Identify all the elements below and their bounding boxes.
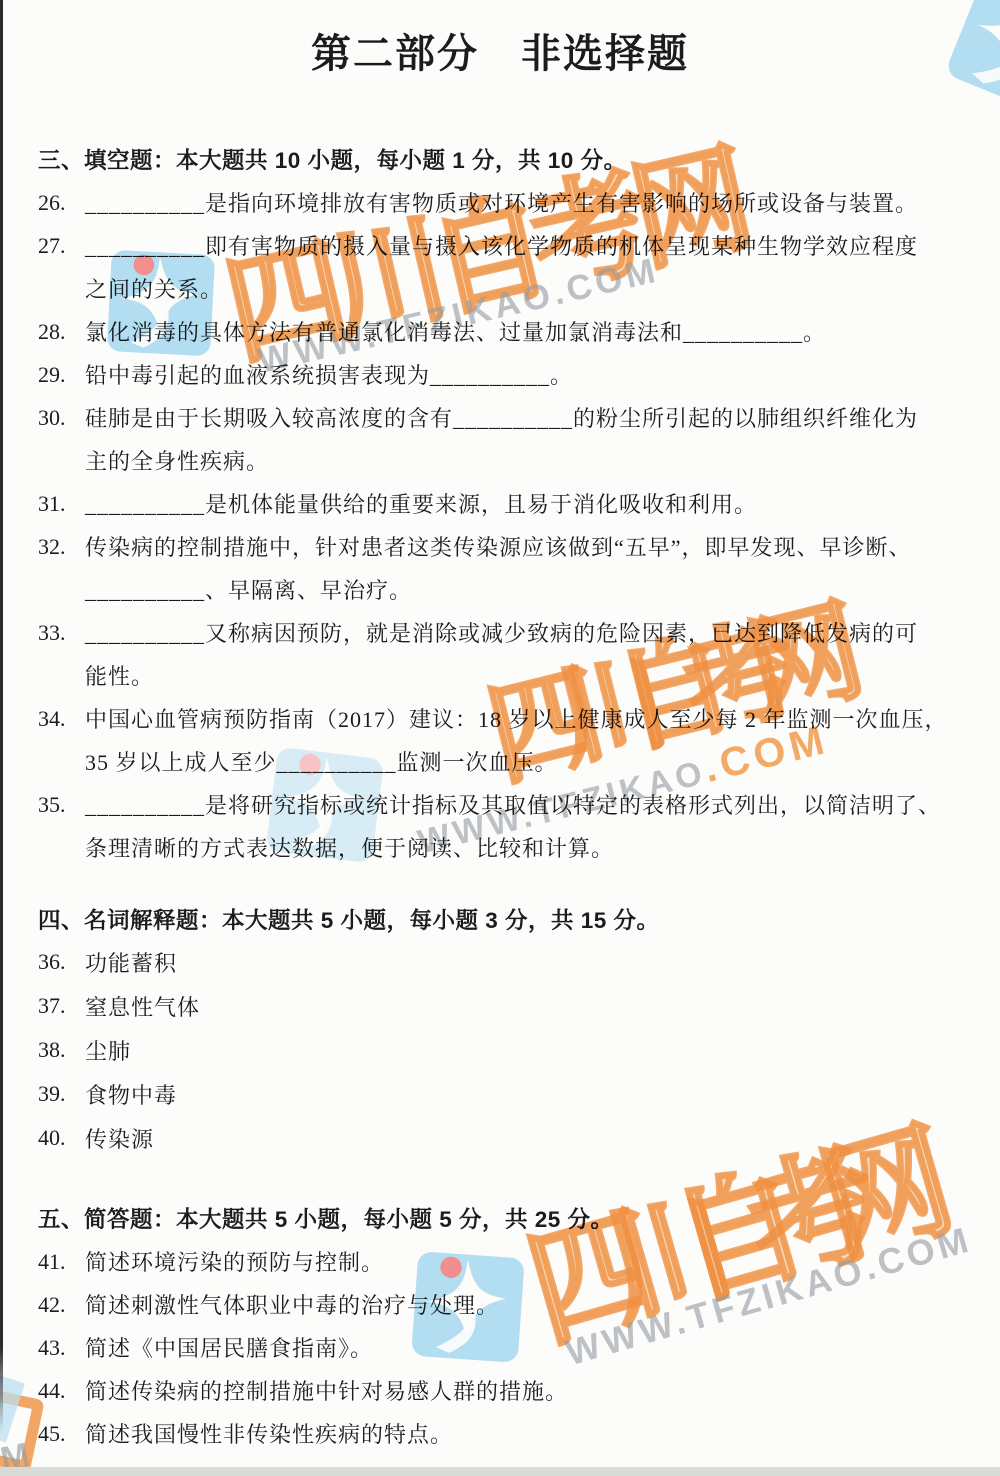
question-number: 34.	[38, 706, 85, 732]
question-text: 之间的关系。	[85, 273, 223, 304]
question-text: 功能蓄积	[85, 947, 177, 978]
question-text: 简述环境污染的预防与控制。	[85, 1246, 384, 1277]
question-line: 之间的关系。	[38, 267, 968, 310]
question-text: 条理清晰的方式表达数据，便于阅读、比较和计算。	[85, 832, 614, 863]
question-text: __________是机体能量供给的重要来源，且易于消化吸收和利用。	[85, 488, 757, 519]
question-number: 42.	[38, 1292, 85, 1318]
question-line: 29. 铅中毒引起的血液系统损害表现为__________。	[38, 353, 968, 396]
question-number: 28.	[38, 319, 85, 345]
question-line: 能性。	[38, 654, 968, 697]
question-number: 44.	[38, 1378, 85, 1404]
question-text: 简述我国慢性非传染性疾病的特点。	[85, 1418, 453, 1449]
question-line: 41. 简述环境污染的预防与控制。	[38, 1240, 968, 1283]
question-text: 食物中毒	[85, 1079, 177, 1110]
question-number: 43.	[38, 1335, 85, 1361]
question-text: __________又称病因预防，就是消除或减少致病的危险因素，已达到降低发病的…	[85, 617, 918, 648]
question-list: 41. 简述环境污染的预防与控制。 42. 简述刺激性气体职业中毒的治疗与处理。…	[38, 1240, 968, 1455]
question-text: 硅肺是由于长期吸入较高浓度的含有__________的粉尘所引起的以肺组织纤维化…	[85, 402, 918, 433]
question-text: __________是将研究指标或统计指标及其取值以特定的表格形式列出，以简洁明…	[85, 789, 941, 820]
question-text: 中国心血管病预防指南（2017）建议：18 岁以上健康成人至少每 2 年监测一次…	[85, 703, 948, 734]
question-line: 40. 传染源	[38, 1116, 968, 1160]
question-text: 尘肺	[85, 1035, 131, 1066]
question-text: __________是指向环境排放有害物质或对环境产生有害影响的场所或设备与装置…	[85, 187, 918, 218]
section-heading: 四、名词解释题：本大题共 5 小题，每小题 3 分，共 15 分。	[38, 897, 968, 940]
question-text: 简述传染病的控制措施中针对易感人群的措施。	[85, 1375, 568, 1406]
question-text: 简述《中国居民膳食指南》。	[85, 1332, 373, 1363]
question-line: 主的全身性疾病。	[38, 439, 968, 482]
question-line: 32. 传染病的控制措施中，针对患者这类传染源应该做到“五早”，即早发现、早诊断…	[38, 525, 968, 568]
question-text: 铅中毒引起的血液系统损害表现为__________。	[85, 359, 573, 390]
question-line: 37. 窒息性气体	[38, 984, 968, 1028]
exam-section: 四、名词解释题：本大题共 5 小题，每小题 3 分，共 15 分。 36. 功能…	[38, 897, 968, 1160]
question-text: 主的全身性疾病。	[85, 445, 269, 476]
section-heading: 三、填空题：本大题共 10 小题，每小题 1 分，共 10 分。	[38, 137, 968, 181]
question-line: 44. 简述传染病的控制措施中针对易感人群的措施。	[38, 1369, 968, 1412]
question-number: 35.	[38, 792, 85, 818]
page-title: 第二部分 非选择题	[0, 22, 1000, 79]
question-number: 36.	[38, 949, 85, 975]
scanned-exam-page: 第二部分 非选择题 三、填空题：本大题共 10 小题，每小题 1 分，共 10 …	[0, 0, 1000, 1476]
question-number: 30.	[38, 405, 85, 431]
question-line: 42. 简述刺激性气体职业中毒的治疗与处理。	[38, 1283, 968, 1326]
question-number: 31.	[38, 491, 85, 517]
question-line: 33. __________又称病因预防，就是消除或减少致病的危险因素，已达到降…	[38, 611, 968, 654]
question-number: 40.	[38, 1125, 85, 1151]
question-text: 氯化消毒的具体方法有普通氯化消毒法、过量加氯消毒法和__________。	[85, 316, 826, 347]
document-content: 第二部分 非选择题 三、填空题：本大题共 10 小题，每小题 1 分，共 10 …	[0, 0, 1000, 1476]
question-line: 39. 食物中毒	[38, 1072, 968, 1116]
question-text: __________、早隔离、早治疗。	[85, 574, 412, 605]
question-line: 45. 简述我国慢性非传染性疾病的特点。	[38, 1412, 968, 1455]
question-line: 28. 氯化消毒的具体方法有普通氯化消毒法、过量加氯消毒法和__________…	[38, 310, 968, 353]
question-line: 35 岁以上成人至少__________监测一次血压。	[38, 740, 968, 783]
question-line: 38. 尘肺	[38, 1028, 968, 1072]
question-line: 34. 中国心血管病预防指南（2017）建议：18 岁以上健康成人至少每 2 年…	[38, 697, 968, 740]
question-number: 38.	[38, 1037, 85, 1063]
scan-edge-left	[0, 0, 3, 1432]
question-number: 26.	[38, 190, 85, 216]
question-list: 36. 功能蓄积 37. 窒息性气体 38. 尘肺 39. 食物中毒 40. 传…	[38, 940, 968, 1160]
question-line: 35. __________是将研究指标或统计指标及其取值以特定的表格形式列出，…	[38, 783, 968, 826]
question-text: 简述刺激性气体职业中毒的治疗与处理。	[85, 1289, 499, 1320]
question-number: 33.	[38, 620, 85, 646]
exam-section: 五、简答题：本大题共 5 小题，每小题 5 分，共 25 分。 41. 简述环境…	[38, 1196, 968, 1455]
question-text: 传染病的控制措施中，针对患者这类传染源应该做到“五早”，即早发现、早诊断、	[85, 531, 912, 562]
scan-edge-bottom	[0, 1467, 1000, 1476]
question-line: 条理清晰的方式表达数据，便于阅读、比较和计算。	[38, 826, 968, 869]
question-number: 29.	[38, 362, 85, 388]
question-text: 窒息性气体	[85, 991, 200, 1022]
question-number: 45.	[38, 1421, 85, 1447]
question-number: 32.	[38, 534, 85, 560]
question-line: __________、早隔离、早治疗。	[38, 568, 968, 611]
section-heading: 五、简答题：本大题共 5 小题，每小题 5 分，共 25 分。	[38, 1196, 968, 1240]
question-number: 41.	[38, 1249, 85, 1275]
question-line: 27. __________即有害物质的摄入量与摄入该化学物质的机体呈现某种生物…	[38, 224, 968, 267]
exam-section: 三、填空题：本大题共 10 小题，每小题 1 分，共 10 分。 26. ___…	[38, 137, 968, 869]
question-text: 传染源	[85, 1123, 154, 1154]
question-number: 27.	[38, 233, 85, 259]
question-text: 能性。	[85, 660, 154, 691]
question-list: 26. __________是指向环境排放有害物质或对环境产生有害影响的场所或设…	[38, 181, 968, 869]
question-text: 35 岁以上成人至少__________监测一次血压。	[85, 746, 558, 777]
question-line: 31. __________是机体能量供给的重要来源，且易于消化吸收和利用。	[38, 482, 968, 525]
question-number: 37.	[38, 993, 85, 1019]
question-line: 43. 简述《中国居民膳食指南》。	[38, 1326, 968, 1369]
question-line: 26. __________是指向环境排放有害物质或对环境产生有害影响的场所或设…	[38, 181, 968, 224]
question-text: __________即有害物质的摄入量与摄入该化学物质的机体呈现某种生物学效应程…	[85, 230, 918, 261]
question-number: 39.	[38, 1081, 85, 1107]
question-line: 36. 功能蓄积	[38, 940, 968, 984]
question-line: 30. 硅肺是由于长期吸入较高浓度的含有__________的粉尘所引起的以肺组…	[38, 396, 968, 439]
